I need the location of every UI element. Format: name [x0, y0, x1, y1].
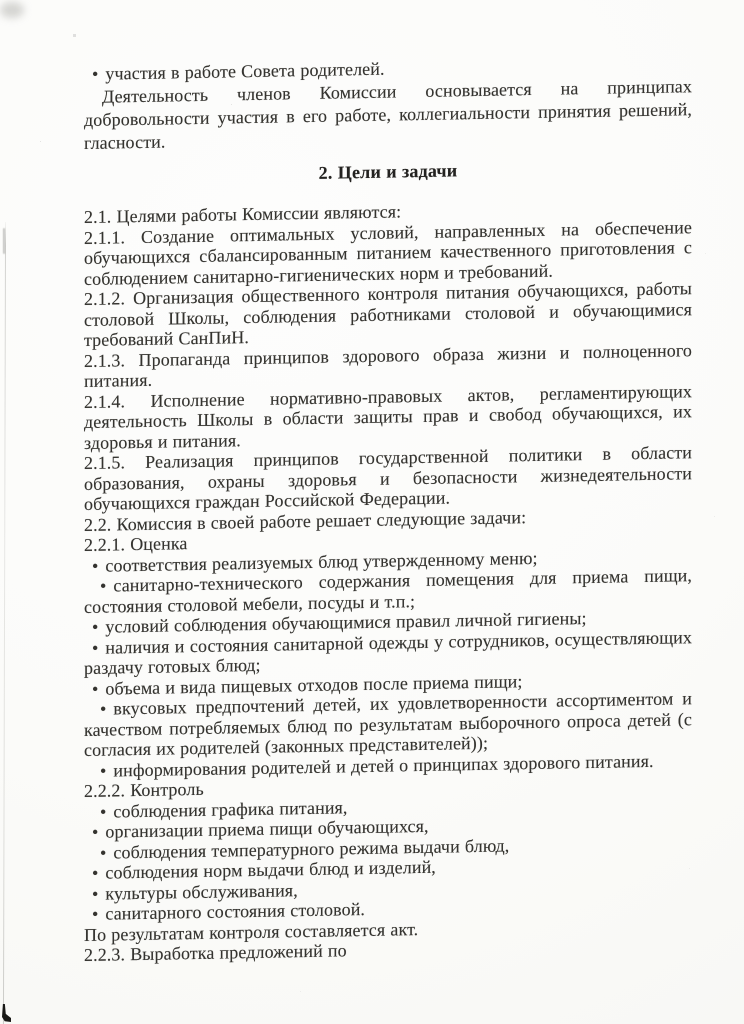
bullet-icon: •	[92, 555, 98, 575]
scan-artifact-edge-mark	[3, 228, 5, 254]
bullet-icon: •	[92, 617, 98, 637]
bullet-icon: •	[92, 637, 98, 657]
document-body: •участия в работе Совета родителей. Деят…	[84, 52, 692, 965]
bullet-icon: •	[92, 822, 98, 842]
list-item-text: участия в работе Совета родителей.	[105, 59, 384, 84]
paragraph: 2.1.2. Организация общественного контрол…	[84, 278, 692, 350]
bullet-icon: •	[92, 863, 98, 883]
bullet-icon: •	[92, 64, 98, 84]
paragraph: 2.1.4. Исполнение нормативно-правовых ак…	[84, 381, 692, 453]
scan-artifact-edge-line	[3, 222, 6, 1024]
scanned-page: •участия в работе Совета родителей. Деят…	[0, 0, 744, 1024]
list-item-text: культуры обслуживания,	[105, 880, 297, 903]
section-heading: 2. Цели и задачи	[84, 155, 692, 188]
bullet-icon: •	[92, 883, 98, 903]
paragraph: Деятельность членов Комиссии основываетс…	[84, 75, 692, 155]
scan-artifact-corner-smudge	[0, 2, 24, 18]
bullet-icon: •	[92, 678, 98, 698]
bullet-icon: •	[100, 801, 106, 821]
paragraph: 2.1.1. Создание оптимальных условий, нап…	[84, 217, 692, 289]
paragraph: 2.1.5. Реализация принципов государствен…	[84, 442, 692, 514]
scan-artifact-speckles	[0, 0, 1, 1]
list-item: •вкусовых предпочтений детей, их удовлет…	[84, 688, 692, 760]
list-item-text: вкусовых предпочтений детей, их удовлетв…	[84, 688, 692, 760]
bullet-icon: •	[100, 699, 106, 719]
bullet-icon: •	[100, 842, 106, 862]
bullet-icon: •	[100, 760, 106, 780]
bullet-icon: •	[100, 576, 106, 596]
bullet-icon: •	[92, 904, 98, 924]
